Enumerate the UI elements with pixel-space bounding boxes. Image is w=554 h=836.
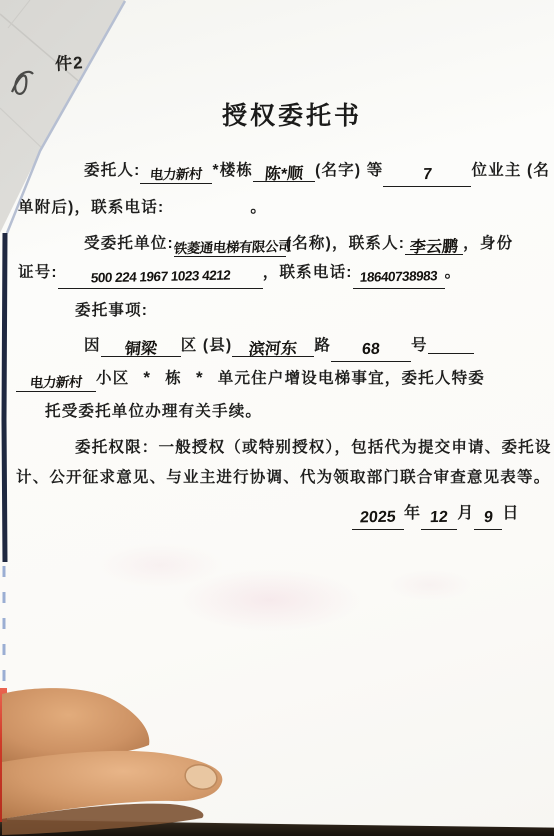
photo-of-document: 件2 授权委托书 委托人:电力新村*楼栋陈*顺(名字) 等7位业主 (名 单附后… bbox=[0, 0, 554, 836]
day-handwriting: 9 bbox=[483, 509, 493, 527]
crease-line bbox=[0, 108, 44, 150]
owner-count-blank: 7 bbox=[383, 166, 471, 187]
period-mark: 。 bbox=[445, 264, 462, 281]
id-phone-line: 证号:500 224 1967 1023 4212，联系电话:186407389… bbox=[18, 260, 461, 289]
district-blank: 铜梁 bbox=[101, 336, 181, 357]
month-label: 月 bbox=[457, 505, 474, 522]
client-label: 委托人: bbox=[84, 162, 140, 179]
community-label: 小区 bbox=[96, 370, 129, 387]
street-no-handwriting: 68 bbox=[361, 341, 380, 359]
company-blank: 铁菱通电梯有限公司 bbox=[174, 236, 286, 257]
owner-count-handwriting: 7 bbox=[422, 166, 432, 184]
year-handwriting: 2025 bbox=[359, 509, 396, 528]
authority-line-2: 计、公开征求意见、与业主进行协调、代为领取部门联合审查意见表等。 bbox=[16, 465, 550, 487]
matters-label: 委托事项: bbox=[75, 302, 148, 319]
matter-wrap-text: 托受委托单位办理有关手续。 bbox=[45, 403, 262, 420]
road-label: 路 bbox=[314, 337, 331, 354]
wrap-text: 单附后)，联系电话: bbox=[18, 199, 164, 216]
client-name-blank: 陈*顺 bbox=[253, 161, 315, 182]
community-blank: 电力新村 bbox=[16, 371, 96, 392]
phone-handwriting: 18640738983 bbox=[359, 268, 438, 285]
authority-text-2: 计、公开征求意见、与业主进行协调、代为领取部门联合审查意见表等。 bbox=[16, 469, 550, 486]
period-mark: 。 bbox=[250, 199, 267, 216]
client-community-handwriting: 电力新村 bbox=[150, 162, 204, 183]
community-handwriting: 电力新村 bbox=[29, 370, 83, 391]
company-handwriting: 铁菱通电梯有限公司 bbox=[173, 235, 292, 257]
phone-label: ，联系电话: bbox=[263, 264, 353, 281]
road-handwriting: 滨河东 bbox=[248, 335, 298, 359]
road-blank: 滨河东 bbox=[232, 336, 314, 357]
matter-text: 单元住户增设电梯事宜，委托人特委 bbox=[218, 370, 485, 387]
authority-text-1: 委托权限：一般授权（或特别授权），包括代为提交申请、委托设 bbox=[75, 439, 552, 456]
id-blank: 500 224 1967 1023 4212 bbox=[58, 268, 263, 289]
star-placeholder: * bbox=[196, 368, 204, 387]
client-line: 委托人:电力新村*楼栋陈*顺(名字) 等7位业主 (名 bbox=[84, 158, 550, 187]
date-line: 2025年12月9日 bbox=[352, 500, 520, 530]
document-title: 授权委托书 bbox=[222, 96, 362, 132]
star-placeholder: * bbox=[143, 368, 151, 387]
street-no-blank: 68 bbox=[331, 341, 411, 362]
no-label: 号 bbox=[411, 337, 428, 354]
hand-holding-page bbox=[2, 684, 242, 836]
day-blank: 9 bbox=[474, 509, 502, 530]
address-line: 因铜梁区 (县)滨河东路68号 bbox=[84, 333, 474, 362]
month-blank: 12 bbox=[421, 509, 457, 530]
district-label: 区 (县) bbox=[181, 337, 233, 354]
building-label: *楼栋 bbox=[212, 162, 253, 179]
matter-wrap-line: 托受委托单位办理有关手续。 bbox=[45, 399, 262, 421]
month-handwriting: 12 bbox=[430, 509, 449, 527]
after-contact-label: ，身份 bbox=[463, 235, 513, 252]
id-label: 证号: bbox=[18, 264, 58, 281]
agent-label: 受委托单位: bbox=[84, 235, 174, 252]
community-line: 电力新村小区*栋*单元住户增设电梯事宜，委托人特委 bbox=[16, 366, 485, 392]
attachment-number-label: 件2 bbox=[54, 48, 84, 74]
building-unit-label: 栋 bbox=[165, 370, 182, 387]
owners-label: 位业主 (名 bbox=[471, 162, 550, 179]
matters-heading: 委托事项: bbox=[75, 298, 148, 320]
because-label: 因 bbox=[84, 337, 101, 354]
client-community-blank: 电力新村 bbox=[140, 163, 212, 184]
contact-handwriting: 李云鹏 bbox=[409, 233, 459, 257]
agent-line: 受委托单位:铁菱通电梯有限公司(名称)，联系人:李云鹏，身份 bbox=[84, 231, 513, 257]
phone-blank: 18640738983 bbox=[353, 268, 445, 289]
crease-line bbox=[8, 0, 30, 28]
after-company-label: (名称)，联系人: bbox=[286, 235, 405, 252]
contact-blank: 李云鹏 bbox=[405, 234, 463, 255]
district-handwriting: 铜梁 bbox=[124, 336, 158, 360]
after-name-label: (名字) 等 bbox=[315, 162, 383, 179]
pen-scribble bbox=[12, 72, 33, 94]
id-handwriting: 500 224 1967 1023 4212 bbox=[90, 268, 231, 286]
year-blank: 2025 bbox=[352, 509, 404, 530]
authority-line-1: 委托权限：一般授权（或特别授权），包括代为提交申请、委托设 bbox=[75, 435, 552, 457]
day-label: 日 bbox=[502, 505, 519, 522]
trailing-blank bbox=[428, 333, 474, 354]
client-line-wrap: 单附后)，联系电话:。 bbox=[18, 195, 267, 217]
year-label: 年 bbox=[404, 505, 421, 522]
client-name-handwriting: 陈*顺 bbox=[264, 161, 304, 185]
